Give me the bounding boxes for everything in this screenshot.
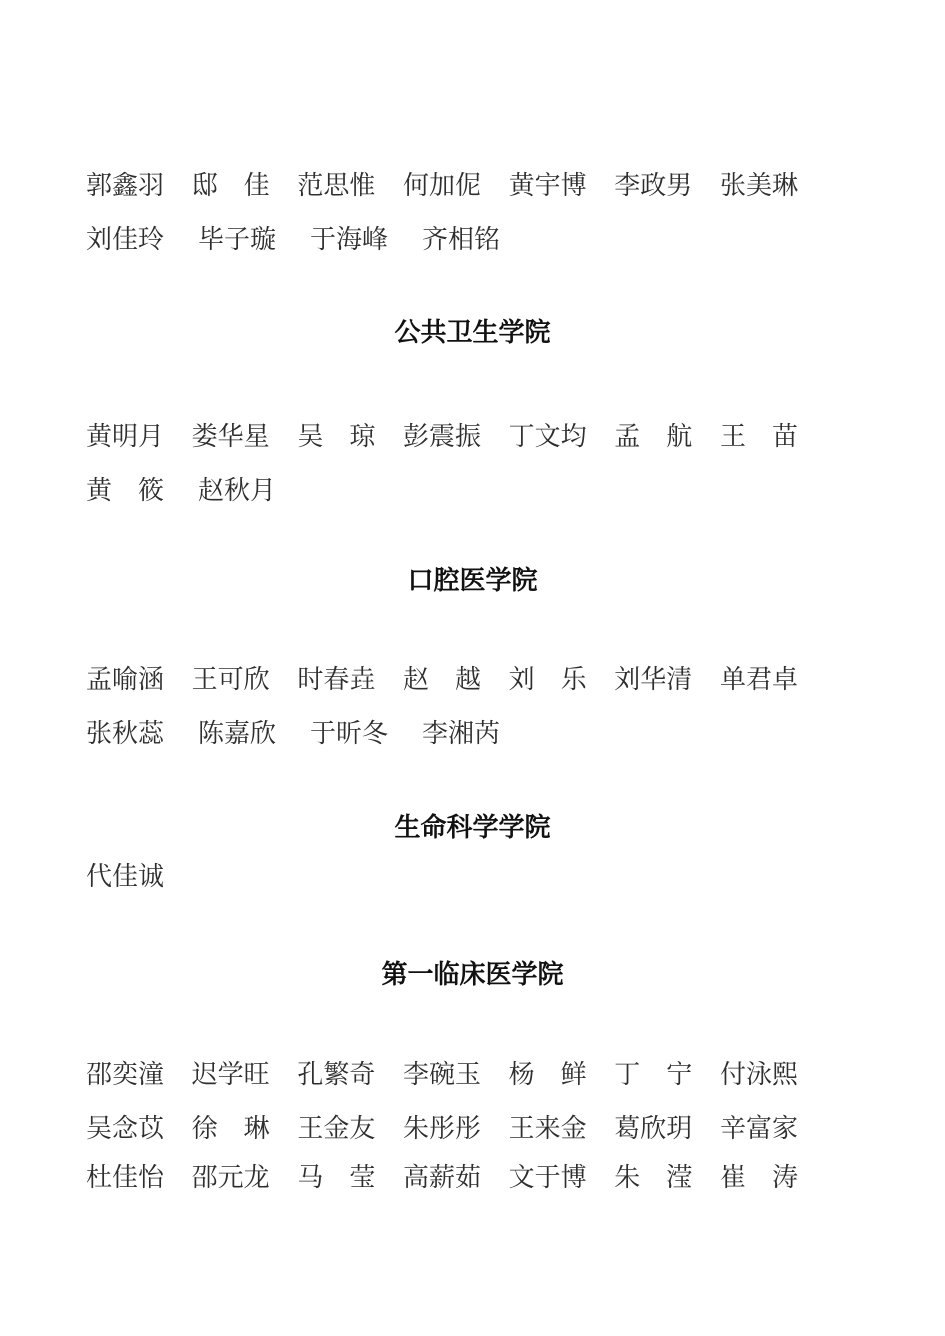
student-name: 辛富家 xyxy=(720,1113,798,1145)
student-name: 吴 琼 xyxy=(297,421,375,453)
name-row: 张秋蕊 陈嘉欣 于昕冬 李湘芮 xyxy=(86,718,798,750)
student-name: 赵秋月 xyxy=(198,475,276,507)
student-name: 朱彤彤 xyxy=(403,1113,481,1145)
student-name: 邸 佳 xyxy=(192,170,270,202)
student-name: 娄华星 xyxy=(192,421,270,453)
student-name: 张美琳 xyxy=(720,170,798,202)
student-name: 齐相铭 xyxy=(422,224,500,256)
name-row: 黄 筱 赵秋月 xyxy=(86,475,798,507)
name-row: 吴念苡 徐 琳 王金友 朱彤彤 王来金 葛欣玥 辛富家 xyxy=(86,1113,798,1145)
student-name: 孟喻涵 xyxy=(86,664,164,696)
student-name: 杨 鲜 xyxy=(509,1059,587,1091)
student-name: 王 苗 xyxy=(720,421,798,453)
student-name: 彭震振 xyxy=(403,421,481,453)
student-name: 邵元龙 xyxy=(192,1162,270,1194)
student-name: 范思惟 xyxy=(297,170,375,202)
student-name: 吴念苡 xyxy=(86,1113,164,1145)
student-name: 于海峰 xyxy=(310,224,388,256)
name-row: 杜佳怡 邵元龙 马 莹 高薪茹 文于博 朱 滢 崔 涛 xyxy=(86,1162,798,1194)
student-name: 马 莹 xyxy=(297,1162,375,1194)
name-row: 孟喻涵 王可欣 时春垚 赵 越 刘 乐 刘华清 单君卓 xyxy=(86,664,798,696)
student-name: 崔 涛 xyxy=(720,1162,798,1194)
section-heading-life-sciences: 生命科学学院 xyxy=(0,812,945,844)
student-name: 时春垚 xyxy=(297,664,375,696)
student-name: 郭鑫羽 xyxy=(86,170,164,202)
student-name: 王金友 xyxy=(297,1113,375,1145)
student-name: 黄宇博 xyxy=(509,170,587,202)
student-name: 付泳熙 xyxy=(720,1059,798,1091)
student-name: 李政男 xyxy=(614,170,692,202)
student-name: 杜佳怡 xyxy=(86,1162,164,1194)
section-heading-public-health: 公共卫生学院 xyxy=(0,317,945,349)
student-name: 丁 宁 xyxy=(614,1059,692,1091)
student-name: 迟学旺 xyxy=(192,1059,270,1091)
student-name: 于昕冬 xyxy=(310,718,388,750)
student-name: 邵奕潼 xyxy=(86,1059,164,1091)
name-row: 郭鑫羽 邸 佳 范思惟 何加伲 黄宇博 李政男 张美琳 xyxy=(86,170,798,202)
student-name: 毕子璇 xyxy=(198,224,276,256)
student-name: 刘 乐 xyxy=(509,664,587,696)
student-name: 葛欣玥 xyxy=(614,1113,692,1145)
student-name: 黄 筱 xyxy=(86,475,164,507)
student-name: 李碗玉 xyxy=(403,1059,481,1091)
name-row: 黄明月 娄华星 吴 琼 彭震振 丁文均 孟 航 王 苗 xyxy=(86,421,798,453)
student-name: 赵 越 xyxy=(403,664,481,696)
student-name: 张秋蕊 xyxy=(86,718,164,750)
name-row: 刘佳玲 毕子璇 于海峰 齐相铭 xyxy=(86,224,798,256)
student-name: 孟 航 xyxy=(614,421,692,453)
student-name: 文于博 xyxy=(509,1162,587,1194)
student-name: 何加伲 xyxy=(403,170,481,202)
section-heading-first-clinical: 第一临床医学院 xyxy=(0,959,945,991)
document-page: 郭鑫羽 邸 佳 范思惟 何加伲 黄宇博 李政男 张美琳 刘佳玲 毕子璇 于海峰 … xyxy=(0,0,945,1336)
student-name: 刘华清 xyxy=(614,664,692,696)
student-name: 王可欣 xyxy=(192,664,270,696)
section-heading-stomatology: 口腔医学院 xyxy=(0,565,945,597)
student-name: 李湘芮 xyxy=(422,718,500,750)
student-name: 王来金 xyxy=(509,1113,587,1145)
student-name: 代佳诚 xyxy=(86,861,164,893)
student-name: 单君卓 xyxy=(720,664,798,696)
student-name: 孔繁奇 xyxy=(297,1059,375,1091)
student-name: 刘佳玲 xyxy=(86,224,164,256)
student-name: 丁文均 xyxy=(509,421,587,453)
name-row: 代佳诚 xyxy=(86,861,798,893)
student-name: 徐 琳 xyxy=(192,1113,270,1145)
student-name: 黄明月 xyxy=(86,421,164,453)
student-name: 高薪茹 xyxy=(403,1162,481,1194)
name-row: 邵奕潼 迟学旺 孔繁奇 李碗玉 杨 鲜 丁 宁 付泳熙 xyxy=(86,1059,798,1091)
student-name: 朱 滢 xyxy=(614,1162,692,1194)
student-name: 陈嘉欣 xyxy=(198,718,276,750)
